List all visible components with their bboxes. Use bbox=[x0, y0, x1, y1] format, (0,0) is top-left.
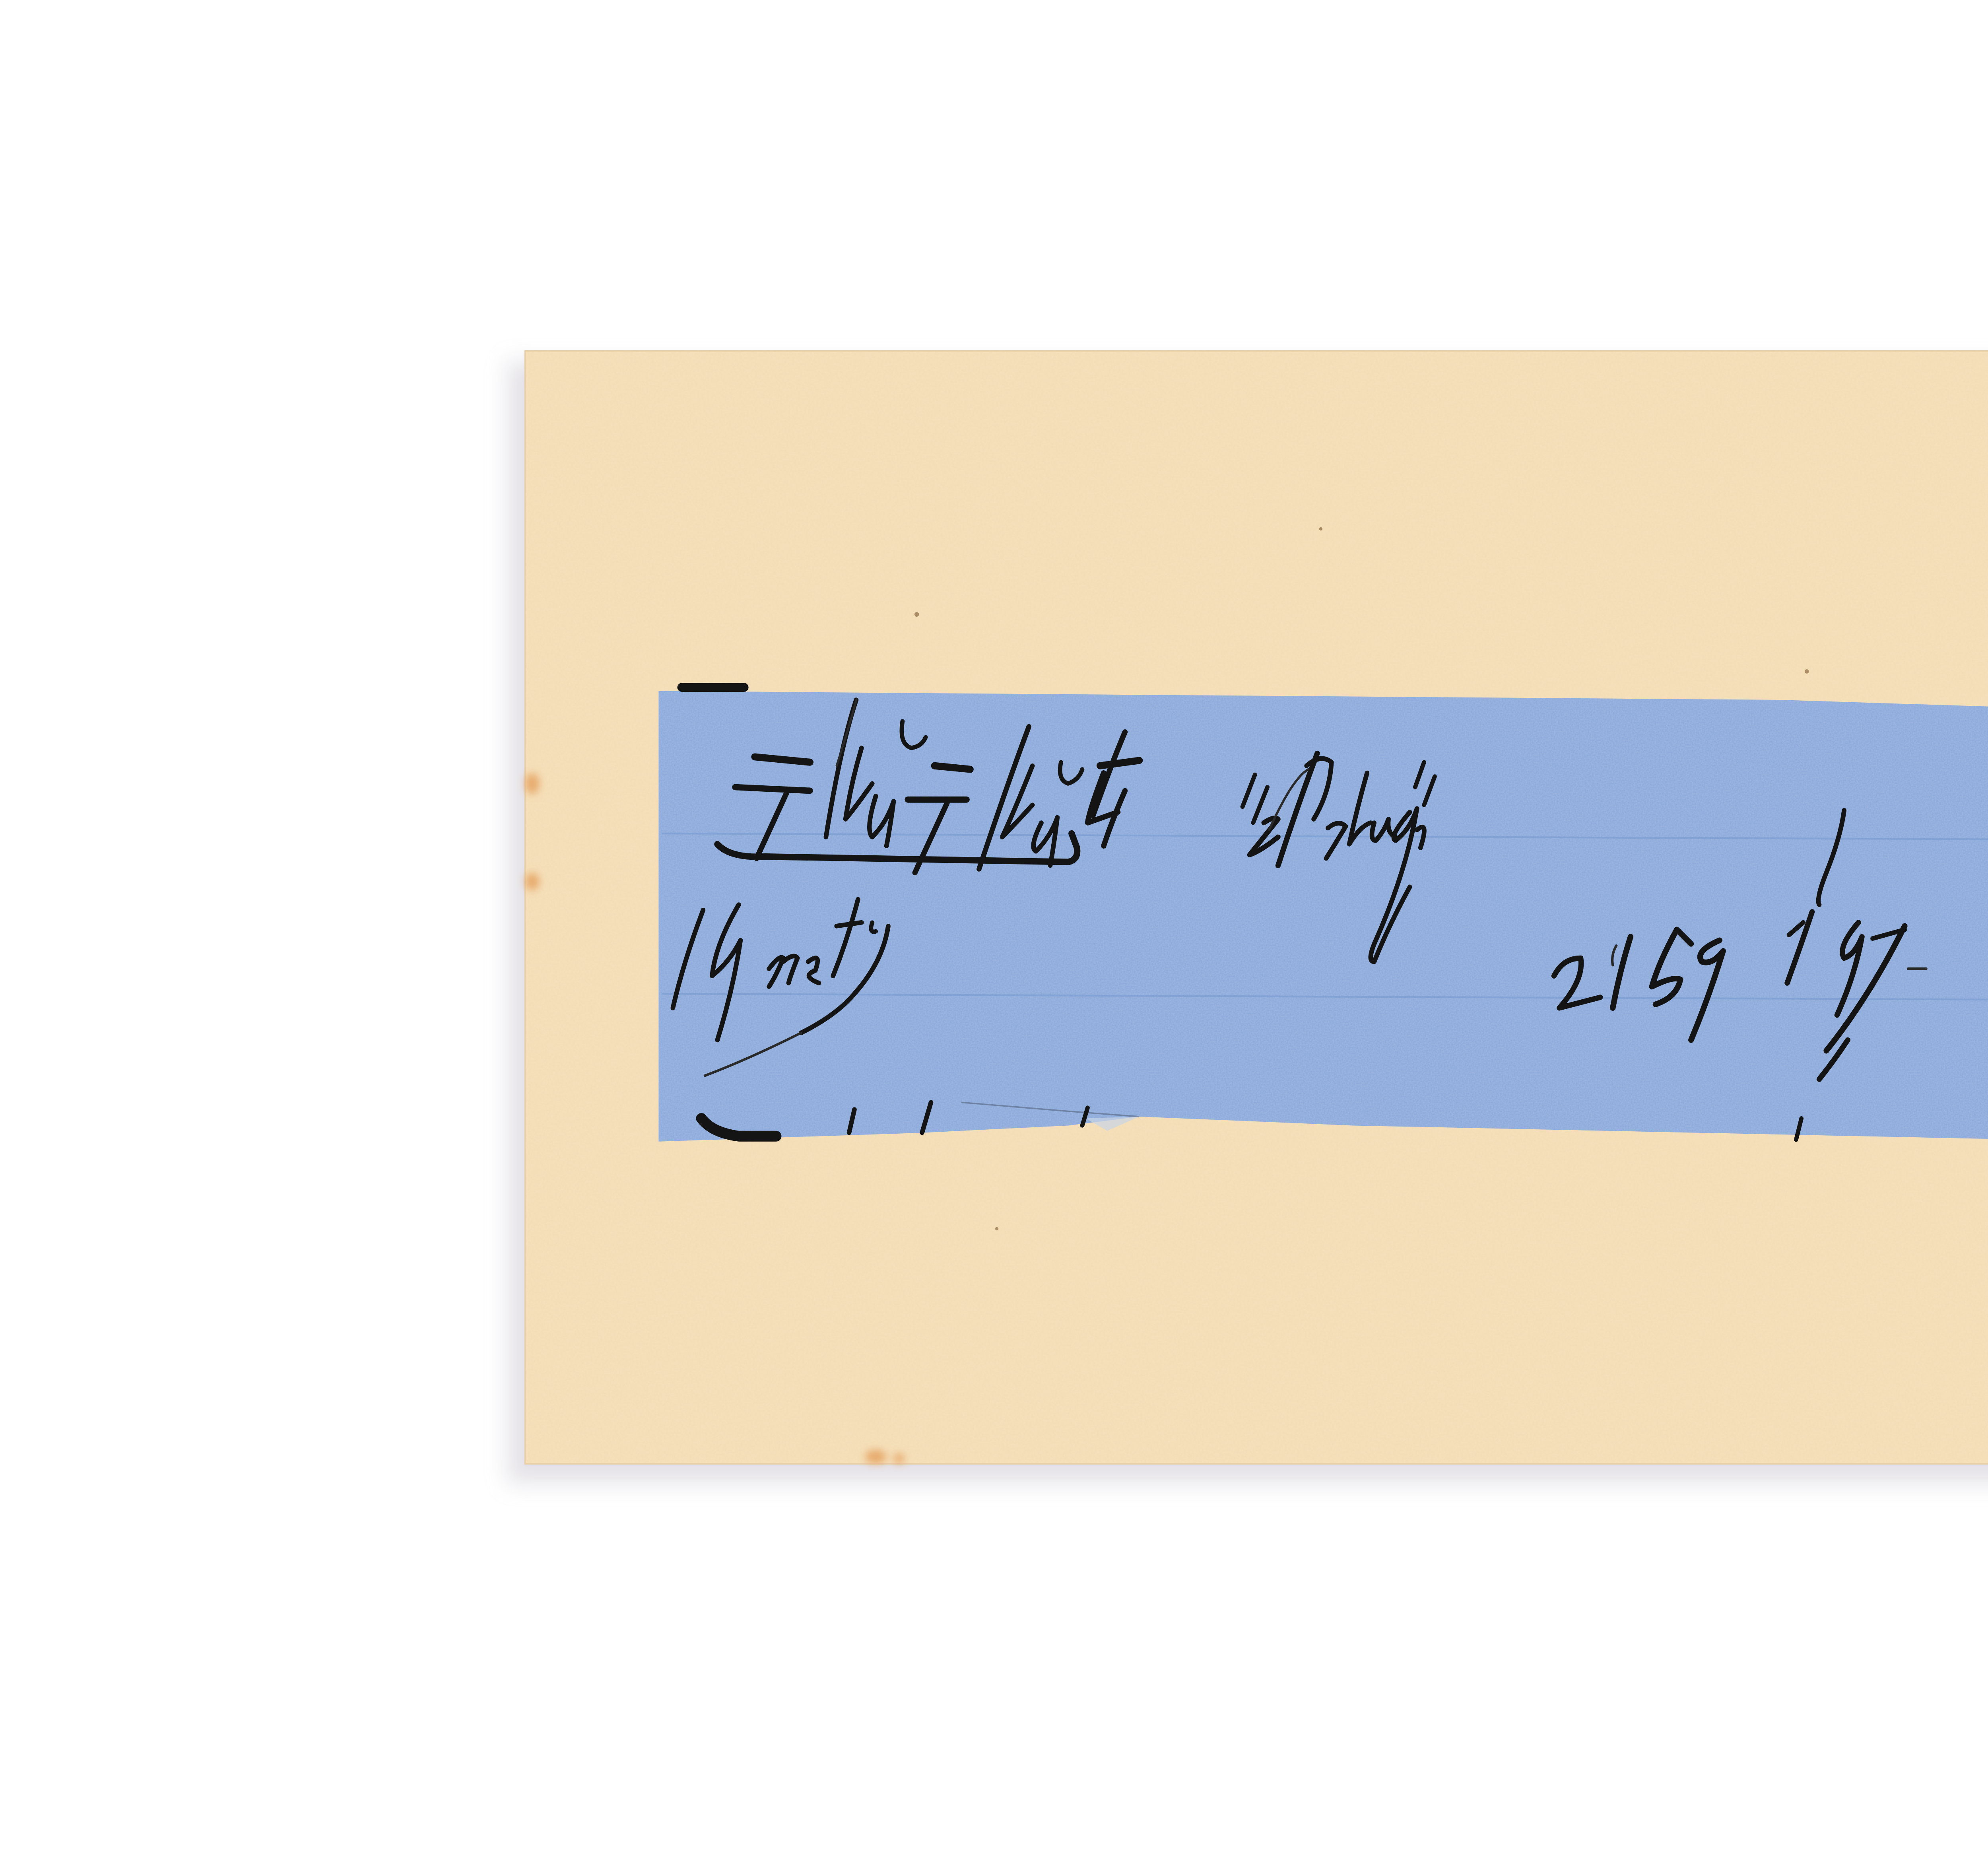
document-photo: Tkă Tkăt ʺzRrbugś Tkă Tkă (of net) 2159 … bbox=[0, 0, 1988, 1861]
document-canvas bbox=[0, 0, 1988, 1861]
